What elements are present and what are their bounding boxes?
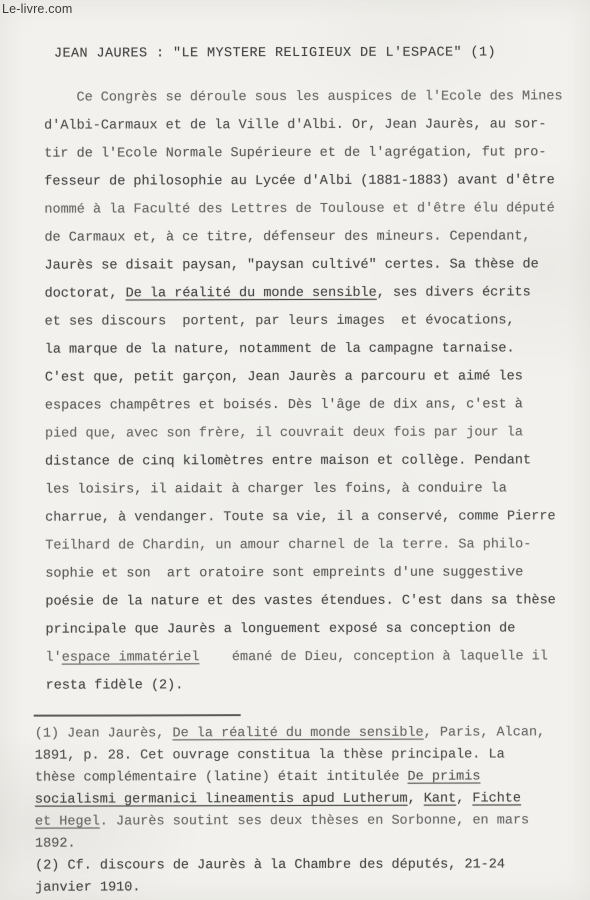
text-line: la marque de la nature, notamment de la …	[45, 335, 575, 364]
text-segment: . Jaurès soutint ses deux thèses en Sorb…	[100, 813, 529, 829]
text-segment: de Carmaux et, à ce titre, défenseur des…	[44, 229, 530, 245]
text-segment: 1892.	[35, 837, 76, 852]
text-line: 1892.	[35, 832, 575, 855]
text-segment: (1) Jean Jaurès,	[35, 726, 173, 741]
text-segment: thèse complémentaire (latine) était inti…	[35, 770, 408, 786]
text-segment: , ses divers écrits	[377, 285, 531, 300]
text-segment: et ses discours portent, par leurs image…	[45, 313, 515, 329]
scanned-document-page: JEAN JAURES : "LE MYSTERE RELIGIEUX DE L…	[0, 0, 590, 900]
text-segment: la marque de la nature, notamment de la …	[45, 341, 515, 357]
text-line: resta fidèle (2).	[46, 671, 576, 700]
text-line: Ce Congrès se déroule sous les auspices …	[44, 83, 574, 112]
text-segment: les loisirs, il aidait à charger les foi…	[45, 481, 507, 497]
text-line: principale que Jaurès a longuement expos…	[45, 615, 575, 644]
text-line: C'est que, petit garçon, Jean Jaurès a p…	[45, 363, 575, 392]
text-line: poésie de la nature et des vastes étendu…	[45, 587, 575, 616]
text-segment: ,	[408, 792, 424, 807]
text-segment: fesseur de philosophie au Lycée d'Albi (…	[44, 173, 554, 189]
underlined-text-segment: De la réalité du monde sensible	[126, 286, 377, 302]
document-body-text: Ce Congrès se déroule sous les auspices …	[44, 83, 576, 700]
text-segment: poésie de la nature et des vastes étendu…	[45, 593, 555, 609]
text-segment: , Paris, Alcan,	[424, 725, 546, 740]
text-segment: Ce Congrès se déroule sous les auspices …	[44, 89, 563, 105]
text-segment: tir de l'Ecole Normale Supérieure et de …	[44, 145, 546, 161]
text-segment: pied que, avec son frère, il couvrait de…	[45, 425, 523, 441]
text-line: et ses discours portent, par leurs image…	[45, 307, 575, 336]
text-line: 1891, p. 28. Cet ouvrage constitua la th…	[35, 744, 575, 767]
text-segment: principale que Jaurès a longuement expos…	[45, 621, 515, 637]
document-title: JEAN JAURES : "LE MYSTERE RELIGIEUX DE L…	[54, 45, 496, 61]
underlined-text-segment: De la réalité du monde sensible	[172, 726, 423, 742]
text-line: doctorat, De la réalité du monde sensibl…	[45, 279, 575, 308]
text-segment: (2) Cf. discours de Jaurès à la Chambre …	[35, 857, 505, 873]
text-line: thèse complémentaire (latine) était inti…	[35, 766, 575, 789]
text-segment: doctorat,	[45, 286, 126, 301]
underlined-text-segment: espace immatériel	[62, 650, 200, 665]
text-line: socialismi germanici lineamentis apud Lu…	[35, 788, 575, 811]
text-line: l'espace immatériel émané de Dieu, conce…	[46, 643, 576, 672]
text-segment: C'est que, petit garçon, Jean Jaurès a p…	[45, 369, 523, 385]
text-line: les loisirs, il aidait à charger les foi…	[45, 475, 575, 504]
text-line: nommé à la Faculté des Lettres de Toulou…	[44, 195, 574, 224]
underlined-text-segment: Fichte	[472, 791, 521, 806]
text-line: Jaurès se disait paysan, "paysan cultivé…	[44, 251, 574, 280]
underlined-text-segment: Kant	[424, 792, 456, 807]
text-segment: émané de Dieu, conception à laquelle il	[199, 649, 547, 665]
text-segment: Jaurès se disait paysan, "paysan cultivé…	[44, 257, 538, 273]
text-line: janvier 1910.	[35, 876, 575, 899]
text-segment: ,	[456, 792, 472, 807]
text-segment: d'Albi-Carmaux et de la Ville d'Albi. Or…	[44, 117, 546, 133]
text-segment: janvier 1910.	[35, 880, 140, 895]
underlined-text-segment: De primis	[408, 770, 481, 785]
text-line: distance de cinq kilomètres entre maison…	[45, 447, 575, 476]
text-segment: charrue, à vendanger. Toute sa vie, il a…	[45, 509, 555, 525]
underlined-text-segment: socialismi germanici lineamentis apud Lu…	[35, 792, 408, 808]
text-line: fesseur de philosophie au Lycée d'Albi (…	[44, 167, 574, 196]
text-segment: l'	[46, 651, 62, 666]
text-segment: nommé à la Faculté des Lettres de Toulou…	[44, 201, 554, 217]
text-line: espaces champêtres et boisés. Dès l'âge …	[45, 391, 575, 420]
text-line: charrue, à vendanger. Toute sa vie, il a…	[45, 503, 575, 532]
footnote-separator-line	[34, 714, 241, 717]
text-line: tir de l'Ecole Normale Supérieure et de …	[44, 139, 574, 168]
text-line: sophie et son art oratoire sont empreint…	[45, 559, 575, 588]
text-line: (1) Jean Jaurès, De la réalité du monde …	[35, 722, 575, 745]
text-segment: sophie et son art oratoire sont empreint…	[45, 565, 523, 581]
text-line: Teilhard de Chardin, un amour charnel de…	[45, 531, 575, 560]
underlined-text-segment: et Hegel	[35, 815, 100, 830]
document-footnotes: (1) Jean Jaurès, De la réalité du monde …	[35, 722, 575, 899]
text-line: et Hegel. Jaurès soutint ses deux thèses…	[35, 810, 575, 833]
text-line: (2) Cf. discours de Jaurès à la Chambre …	[35, 854, 575, 877]
text-segment: distance de cinq kilomètres entre maison…	[45, 453, 531, 469]
text-segment: Teilhard de Chardin, un amour charnel de…	[45, 537, 531, 553]
text-segment: resta fidèle (2).	[46, 678, 184, 693]
text-line: d'Albi-Carmaux et de la Ville d'Albi. Or…	[44, 111, 574, 140]
text-line: de Carmaux et, à ce titre, défenseur des…	[44, 223, 574, 252]
text-line: pied que, avec son frère, il couvrait de…	[45, 419, 575, 448]
text-segment: 1891, p. 28. Cet ouvrage constitua la th…	[35, 747, 505, 763]
text-segment: espaces champêtres et boisés. Dès l'âge …	[45, 397, 523, 413]
